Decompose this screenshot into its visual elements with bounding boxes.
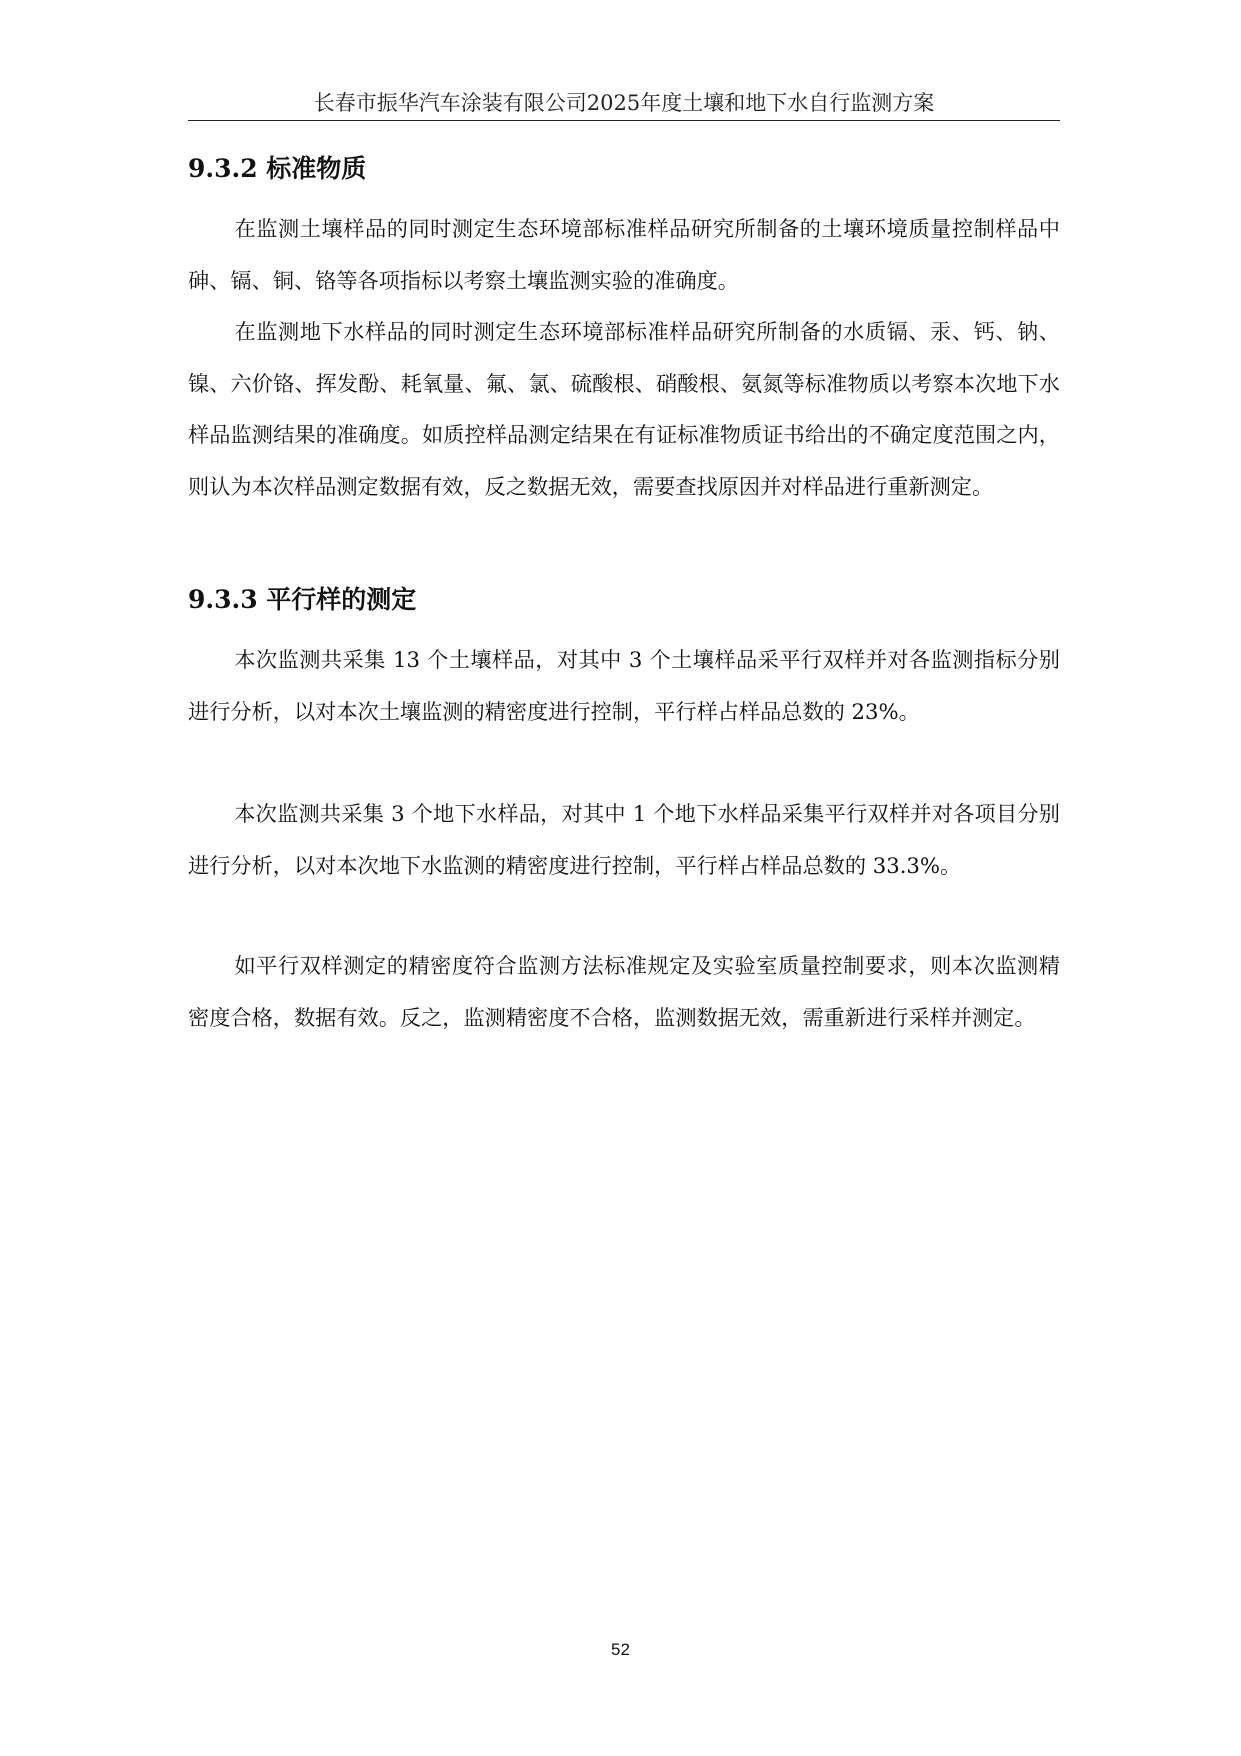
paragraph: 如平行双样测定的精密度符合监测方法标准规定及实验室质量控制要求，则本次监测精密度… bbox=[188, 940, 1060, 1043]
paragraph-text: 如平行双样测定的精密度符合监测方法标准规定及实验室质量控制要求，则本次监测精密度… bbox=[188, 953, 1060, 1030]
paragraph: 本次监测共采集 13 个土壤样品，对其中 3 个土壤样品采平行双样并对各监测指标… bbox=[188, 634, 1060, 737]
paragraph-text: 在监测土壤样品的同时测定生态环境部标准样品研究所制备的土壤环境质量控制样品中砷、… bbox=[188, 216, 1060, 293]
document-title: 长春市振华汽车涂装有限公司2025年度土壤和地下水自行监测方案 bbox=[188, 88, 1060, 118]
section-heading: 9.3.3 平行样的测定 bbox=[188, 583, 416, 617]
page-number: 52 bbox=[0, 1640, 1241, 1660]
paragraph: 在监测地下水样品的同时测定生态环境部标准样品研究所制备的水质镉、汞、钙、钠、镍、… bbox=[188, 306, 1060, 512]
paragraph-text: 在监测地下水样品的同时测定生态环境部标准样品研究所制备的水质镉、汞、钙、钠、镍、… bbox=[188, 319, 1060, 499]
section-heading: 9.3.2 标准物质 bbox=[188, 152, 366, 186]
paragraph-text: 本次监测共采集 3 个地下水样品，对其中 1 个地下水样品采集平行双样并对各项目… bbox=[188, 801, 1060, 878]
header-divider bbox=[188, 120, 1060, 121]
paragraph: 在监测土壤样品的同时测定生态环境部标准样品研究所制备的土壤环境质量控制样品中砷、… bbox=[188, 203, 1060, 306]
paragraph: 本次监测共采集 3 个地下水样品，对其中 1 个地下水样品采集平行双样并对各项目… bbox=[188, 788, 1060, 891]
paragraph-text: 本次监测共采集 13 个土壤样品，对其中 3 个土壤样品采平行双样并对各监测指标… bbox=[188, 647, 1060, 724]
